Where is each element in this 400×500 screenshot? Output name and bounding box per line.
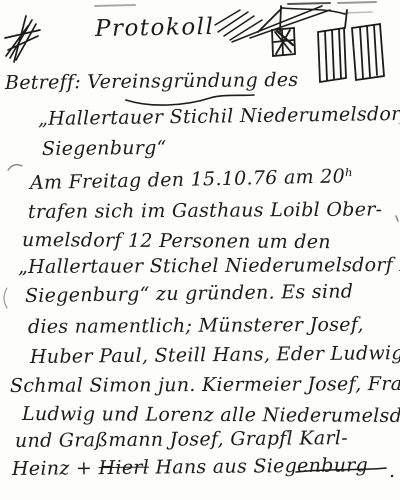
corner-scribble-icon [5, 16, 40, 62]
body-line-1: Am Freitag den 15.10.76 am 20ʰ [30, 167, 354, 193]
last-line-post: Hans aus Siegenburg [149, 454, 368, 478]
end-period: . [389, 462, 395, 481]
body-line-3: umelsdorf 12 Personen um den [22, 231, 331, 252]
last-line-pre: Heinz + [12, 457, 99, 480]
body-line-4: „Hallertauer Stichel Niederumelsdorf EV. [18, 256, 400, 277]
subject-line: Betreff: Vereinsgründung des [5, 71, 299, 93]
diagonal-hatch-icon [215, 6, 345, 42]
crossed-box-icon [258, 6, 295, 56]
body-line-10: und Graßmann Josef, Grapfl Karl- [15, 429, 348, 451]
body-line-2: trafen sich im Gasthaus Loibl Ober- [28, 201, 382, 222]
striped-rectangles-icon [318, 10, 384, 82]
body-line-7: Huber Paul, Steill Hans, Eder Ludwig jr [30, 344, 400, 367]
body-line-9: Ludwig und Lorenz alle Niederumelsdorf [22, 405, 400, 426]
body-line-8: Schmal Simon jun. Kiermeier Josef, Franz… [10, 375, 400, 396]
body-line-11: Heinz + Hierl Hans aus Siegenburg [12, 456, 368, 479]
club-name-line-1: „Hallertauer Stichil Niederumelsdorf – [38, 105, 400, 129]
body-line-6: dies namentlich; Münsterer Josef, [28, 316, 364, 337]
underline-flourish-icon [126, 95, 254, 105]
struck-word: Hierl [98, 457, 149, 480]
body-line-5: Siegenburg“ zu gründen. Es sind [25, 282, 354, 306]
club-name-line-2: Siegenburg“ [42, 139, 167, 159]
scanned-page: Protokoll Betreff: Vereinsgründung des „… [0, 0, 400, 500]
page-title: Protokoll [95, 16, 215, 41]
